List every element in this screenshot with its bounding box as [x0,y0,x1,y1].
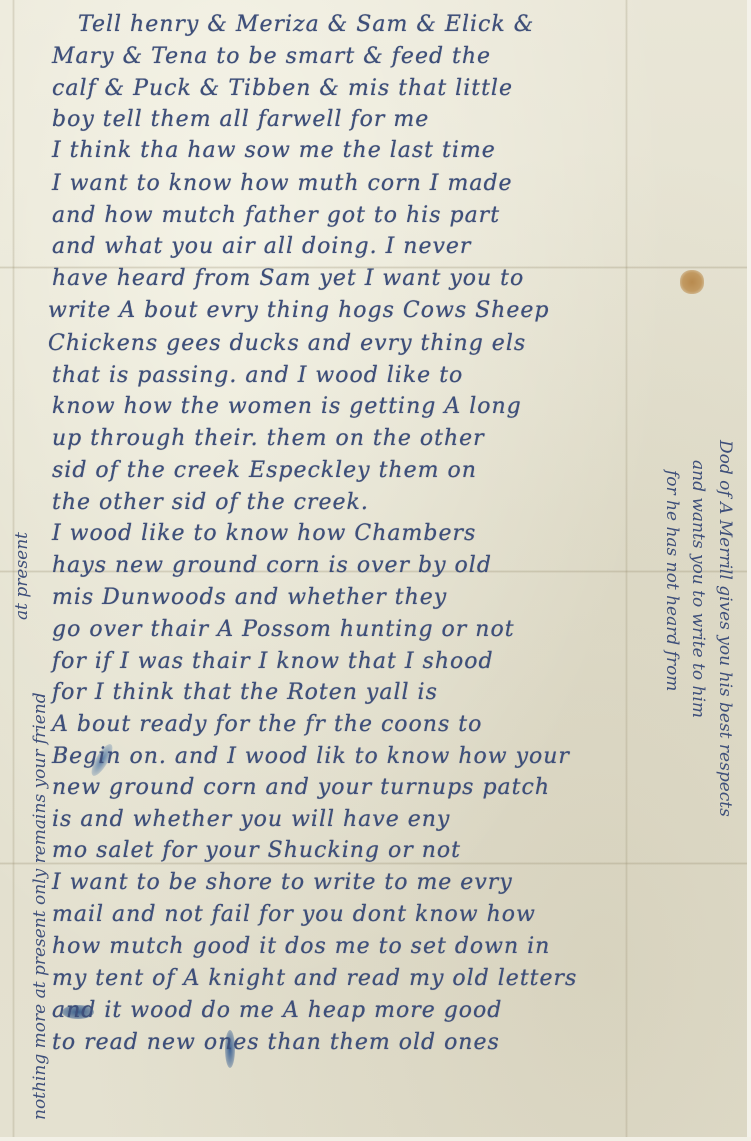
letter-line: know how the women is getting A long [52,394,522,419]
letter-page: Tell henry & Meriza & Sam & Elick &Mary … [0,0,751,1141]
letter-line: sid of the creek Especkley them on [52,458,477,483]
letter-line: that is passing. and I wood like to [52,363,463,388]
letter-line: Mary & Tena to be smart & feed the [52,44,491,69]
paper-fold [625,0,628,1141]
letter-line: to read new ones than them old ones [52,1030,500,1055]
letter-line: Tell henry & Meriza & Sam & Elick & [78,12,534,37]
letter-line: have heard from Sam yet I want you to [52,266,524,291]
letter-line: calf & Puck & Tibben & mis that little [52,76,513,101]
letter-line: and what you air all doing. I never [52,234,471,259]
margin-note-right: for he has not heard from [662,470,682,691]
paper-edge [0,1137,751,1141]
letter-line: the other sid of the creek. [52,490,369,515]
letter-line: new ground corn and your turnups patch [52,775,550,800]
letter-line: boy tell them all farwell for me [52,107,429,132]
letter-line: I want to be shore to write to me evry [52,870,513,895]
letter-line: and it wood do me A heap more good [52,998,502,1023]
letter-line: I wood like to know how Chambers [52,521,476,546]
letter-line: and how mutch father got to his part [52,203,500,228]
letter-line: for if I was thair I know that I shood [52,649,494,674]
letter-line: my tent of A knight and read my old lett… [52,966,577,991]
letter-line: for I think that the Roten yall is [52,680,438,705]
margin-note-right: Dod of A Merrill gives you his best resp… [715,440,735,817]
letter-line: write A bout evry thing hogs Cows Sheep [48,298,549,323]
letter-line: I want to know how muth corn I made [52,171,513,196]
letter-line: is and whether you will have eny [52,807,450,832]
margin-note-left: at present [12,532,32,620]
margin-note-left: nothing more at present only remains you… [30,692,50,1120]
letter-line: go over thair A Possom hunting or not [52,617,515,642]
letter-line: mo salet for your Shucking or not [52,838,461,863]
margin-note-right: and wants you to write to him [688,460,708,718]
letter-line: how mutch good it dos me to set down in [52,934,550,959]
letter-line: Begin on. and I wood lik to know how you… [52,744,570,769]
letter-line: I think tha haw sow me the last time [52,138,496,163]
letter-line: hays new ground corn is over by old [52,553,492,578]
letter-line: A bout ready for the fr the coons to [52,712,482,737]
water-stain [680,270,704,294]
letter-line: mis Dunwoods and whether they [52,585,447,610]
letter-line: Chickens gees ducks and evry thing els [48,331,526,356]
paper-edge [747,0,751,1141]
letter-line: up through their. them on the other [52,426,485,451]
letter-line: mail and not fail for you dont know how [52,902,536,927]
